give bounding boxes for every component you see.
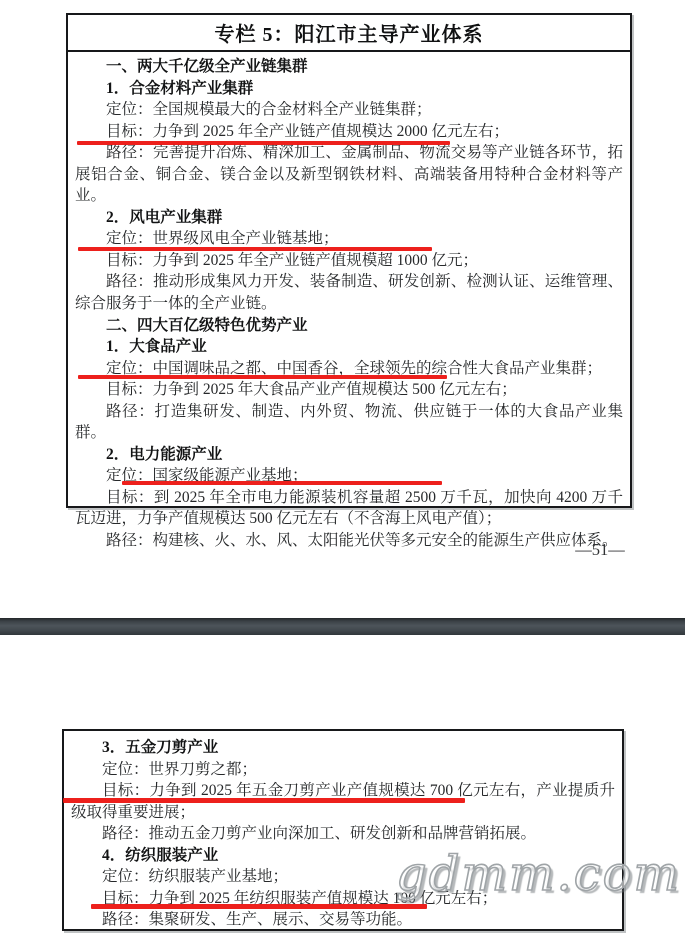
red-underline-wind-target: [78, 247, 432, 251]
scanned-document: 专栏 5：阳江市主导产业体系 一、两大千亿级全产业链集群 1．合金材料产业集群 …: [0, 0, 685, 946]
power-industry-heading: 2．电力能源产业: [75, 444, 623, 466]
hardware-path: 路径：推动五金刀剪产业向深加工、研发创新和品牌营销拓展。: [71, 823, 615, 845]
column-title: 专栏 5：阳江市主导产业体系: [68, 15, 630, 52]
alloy-path: 路径：完善提升冶炼、精深加工、金属制品、物流交易等产业链各环节，拓展铝合金、铜合…: [75, 142, 623, 207]
feature-box-column5: 专栏 5：阳江市主导产业体系 一、两大千亿级全产业链集群 1．合金材料产业集群 …: [66, 13, 632, 508]
section-1-heading: 一、两大千亿级全产业链集群: [75, 56, 623, 78]
column-body-page1: 一、两大千亿级全产业链集群 1．合金材料产业集群 定位：全国规模最大的合金材料全…: [68, 52, 630, 552]
alloy-cluster-heading: 1．合金材料产业集群: [75, 78, 623, 100]
wind-path: 路径：推动形成集风力开发、装备制造、研发创新、检测认证、运维管理、综合服务于一体…: [75, 271, 623, 314]
page-break-band: [0, 618, 685, 635]
food-target: 目标：力争到 2025 年大食品产业产值规模达 500 亿元左右；: [75, 379, 623, 401]
column-body-page2: 3．五金刀剪产业 定位：世界刀剪之都； 目标：力争到 2025 年五金刀剪产业产…: [64, 731, 622, 931]
red-underline-hardware-target: [63, 798, 465, 803]
red-underline-power-target: [122, 481, 442, 485]
food-industry-heading: 1．大食品产业: [75, 336, 623, 358]
section-2-heading: 二、四大百亿级特色优势产业: [75, 315, 623, 337]
textile-industry-heading: 4．纺织服装产业: [71, 845, 615, 867]
feature-box-column5-continued: 3．五金刀剪产业 定位：世界刀剪之都； 目标：力争到 2025 年五金刀剪产业产…: [62, 729, 624, 931]
red-underline-textile-target: [91, 904, 427, 909]
red-underline-alloy-target: [77, 141, 450, 145]
power-path: 路径：构建核、火、水、风、太阳能光伏等多元安全的能源生产供应体系。: [75, 530, 623, 552]
wind-target: 目标：力争到 2025 年全产业链产值规模超 1000 亿元；: [75, 250, 623, 272]
power-target: 目标：到 2025 年全市电力能源装机容量超 2500 万千瓦，加快向 4200…: [75, 487, 623, 530]
red-underline-food-target: [78, 375, 447, 379]
wind-cluster-heading: 2．风电产业集群: [75, 207, 623, 229]
alloy-target: 目标：力争到 2025 年全产业链产值规模达 2000 亿元左右；: [75, 121, 623, 143]
hardware-industry-heading: 3．五金刀剪产业: [71, 737, 615, 759]
hardware-positioning: 定位：世界刀剪之都；: [71, 759, 615, 781]
alloy-positioning: 定位：全国规模最大的合金材料全产业链集群；: [75, 99, 623, 121]
textile-positioning: 定位：纺织服装产业基地；: [71, 866, 615, 888]
food-path: 路径：打造集研发、制造、内外贸、物流、供应链于一体的大食品产业集群。: [75, 401, 623, 444]
page-number: —51—: [563, 540, 637, 560]
textile-path: 路径：集聚研发、生产、展示、交易等功能。: [71, 909, 615, 931]
